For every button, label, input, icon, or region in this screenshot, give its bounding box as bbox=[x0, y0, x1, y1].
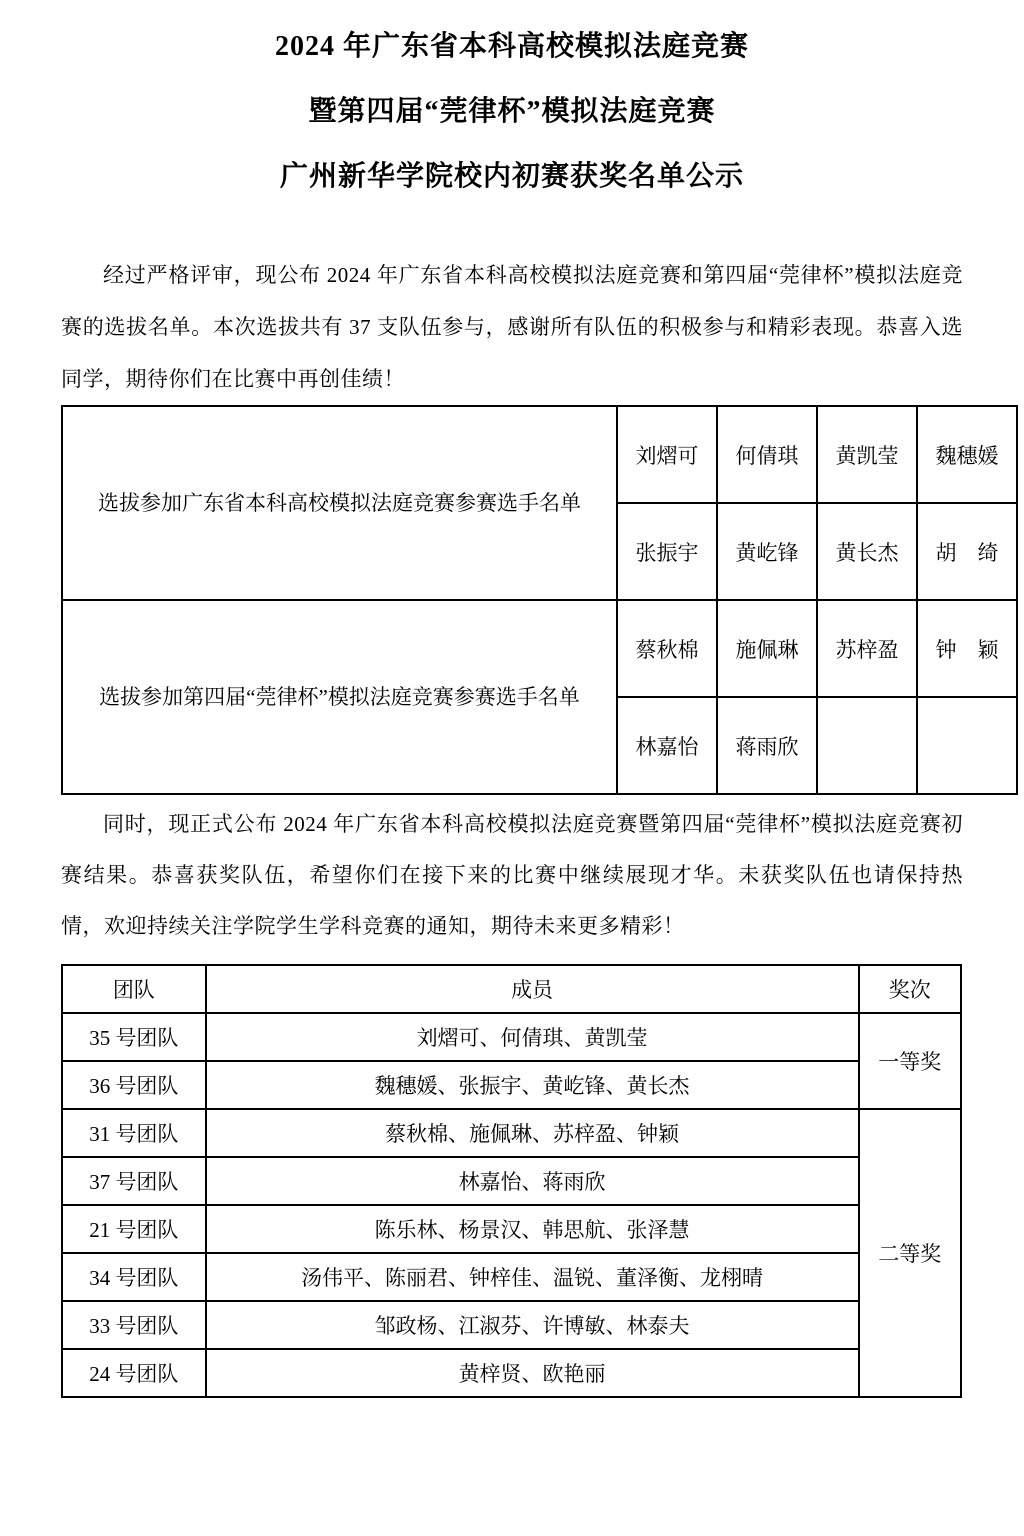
column-header-team: 团队 bbox=[62, 965, 206, 1013]
selected-player-name: 黄凯莹 bbox=[817, 406, 917, 503]
table-row: 选拔参加第四届“莞律杯”模拟法庭竞赛参赛选手名单 蔡秋棉 施佩琳 苏梓盈 钟 颖 bbox=[62, 600, 1017, 697]
team-members: 汤伟平、陈丽君、钟梓佳、温锐、董泽衡、龙栩晴 bbox=[206, 1253, 859, 1301]
empty-cell bbox=[817, 697, 917, 794]
team-number: 37 号团队 bbox=[62, 1157, 206, 1205]
selected-player-name: 黄长杰 bbox=[817, 503, 917, 600]
selected-player-name: 蔡秋棉 bbox=[617, 600, 717, 697]
team-members: 邹政杨、江淑芬、许博敏、林泰夫 bbox=[206, 1301, 859, 1349]
selected-player-name: 林嘉怡 bbox=[617, 697, 717, 794]
selection-table: 选拔参加广东省本科高校模拟法庭竞赛参赛选手名单 刘熠可 何倩琪 黄凯莹 魏穗媛 … bbox=[61, 405, 1018, 795]
team-members: 魏穗媛、张振宇、黄屹锋、黄长杰 bbox=[206, 1061, 859, 1109]
results-intro-paragraph: 同时，现正式公布 2024 年广东省本科高校模拟法庭竞赛暨第四届“莞律杯”模拟法… bbox=[61, 799, 963, 952]
selection-group-label-yunlvbei: 选拔参加第四届“莞律杯”模拟法庭竞赛参赛选手名单 bbox=[62, 600, 617, 794]
team-number: 21 号团队 bbox=[62, 1205, 206, 1253]
award-second-prize: 二等奖 bbox=[859, 1109, 961, 1397]
selected-player-name: 施佩琳 bbox=[717, 600, 817, 697]
empty-cell bbox=[917, 697, 1017, 794]
selected-player-name: 刘熠可 bbox=[617, 406, 717, 503]
team-members: 黄梓贤、欧艳丽 bbox=[206, 1349, 859, 1397]
document-title-line-1: 2024 年广东省本科高校模拟法庭竞赛 bbox=[61, 14, 963, 79]
team-members: 刘熠可、何倩琪、黄凯莹 bbox=[206, 1013, 859, 1061]
table-row: 选拔参加广东省本科高校模拟法庭竞赛参赛选手名单 刘熠可 何倩琪 黄凯莹 魏穗媛 bbox=[62, 406, 1017, 503]
table-row: 37 号团队 林嘉怡、蒋雨欣 bbox=[62, 1157, 961, 1205]
awards-table: 团队 成员 奖次 35 号团队 刘熠可、何倩琪、黄凯莹 一等奖 36 号团队 魏… bbox=[61, 964, 962, 1398]
selected-player-name: 黄屹锋 bbox=[717, 503, 817, 600]
team-number: 35 号团队 bbox=[62, 1013, 206, 1061]
table-row: 21 号团队 陈乐林、杨景汉、韩思航、张泽慧 bbox=[62, 1205, 961, 1253]
team-number: 34 号团队 bbox=[62, 1253, 206, 1301]
team-number: 36 号团队 bbox=[62, 1061, 206, 1109]
selection-intro-paragraph: 经过严格评审，现公布 2024 年广东省本科高校模拟法庭竞赛和第四届“莞律杯”模… bbox=[61, 249, 963, 405]
award-first-prize: 一等奖 bbox=[859, 1013, 961, 1109]
document-page: 2024 年广东省本科高校模拟法庭竞赛 暨第四届“莞律杯”模拟法庭竞赛 广州新华… bbox=[0, 0, 1024, 1536]
table-row: 24 号团队 黄梓贤、欧艳丽 bbox=[62, 1349, 961, 1397]
selected-player-name: 魏穗媛 bbox=[917, 406, 1017, 503]
table-row: 36 号团队 魏穗媛、张振宇、黄屹锋、黄长杰 bbox=[62, 1061, 961, 1109]
selected-player-name: 何倩琪 bbox=[717, 406, 817, 503]
table-row: 31 号团队 蔡秋棉、施佩琳、苏梓盈、钟颖 二等奖 bbox=[62, 1109, 961, 1157]
header-row: 团队 成员 奖次 bbox=[62, 965, 961, 1013]
team-number: 31 号团队 bbox=[62, 1109, 206, 1157]
table-row: 34 号团队 汤伟平、陈丽君、钟梓佳、温锐、董泽衡、龙栩晴 bbox=[62, 1253, 961, 1301]
table-row: 35 号团队 刘熠可、何倩琪、黄凯莹 一等奖 bbox=[62, 1013, 961, 1061]
selected-player-name: 苏梓盈 bbox=[817, 600, 917, 697]
document-title-line-2: 暨第四届“莞律杯”模拟法庭竞赛 bbox=[61, 79, 963, 144]
team-number: 24 号团队 bbox=[62, 1349, 206, 1397]
selected-player-name: 胡 绮 bbox=[917, 503, 1017, 600]
selected-player-name: 蒋雨欣 bbox=[717, 697, 817, 794]
selection-group-label-provincial: 选拔参加广东省本科高校模拟法庭竞赛参赛选手名单 bbox=[62, 406, 617, 600]
team-members: 林嘉怡、蒋雨欣 bbox=[206, 1157, 859, 1205]
team-number: 33 号团队 bbox=[62, 1301, 206, 1349]
selected-player-name: 张振宇 bbox=[617, 503, 717, 600]
document-title-line-3: 广州新华学院校内初赛获奖名单公示 bbox=[61, 144, 963, 209]
team-members: 蔡秋棉、施佩琳、苏梓盈、钟颖 bbox=[206, 1109, 859, 1157]
selected-player-name: 钟 颖 bbox=[917, 600, 1017, 697]
table-row: 33 号团队 邹政杨、江淑芬、许博敏、林泰夫 bbox=[62, 1301, 961, 1349]
team-members: 陈乐林、杨景汉、韩思航、张泽慧 bbox=[206, 1205, 859, 1253]
column-header-members: 成员 bbox=[206, 965, 859, 1013]
column-header-award: 奖次 bbox=[859, 965, 961, 1013]
